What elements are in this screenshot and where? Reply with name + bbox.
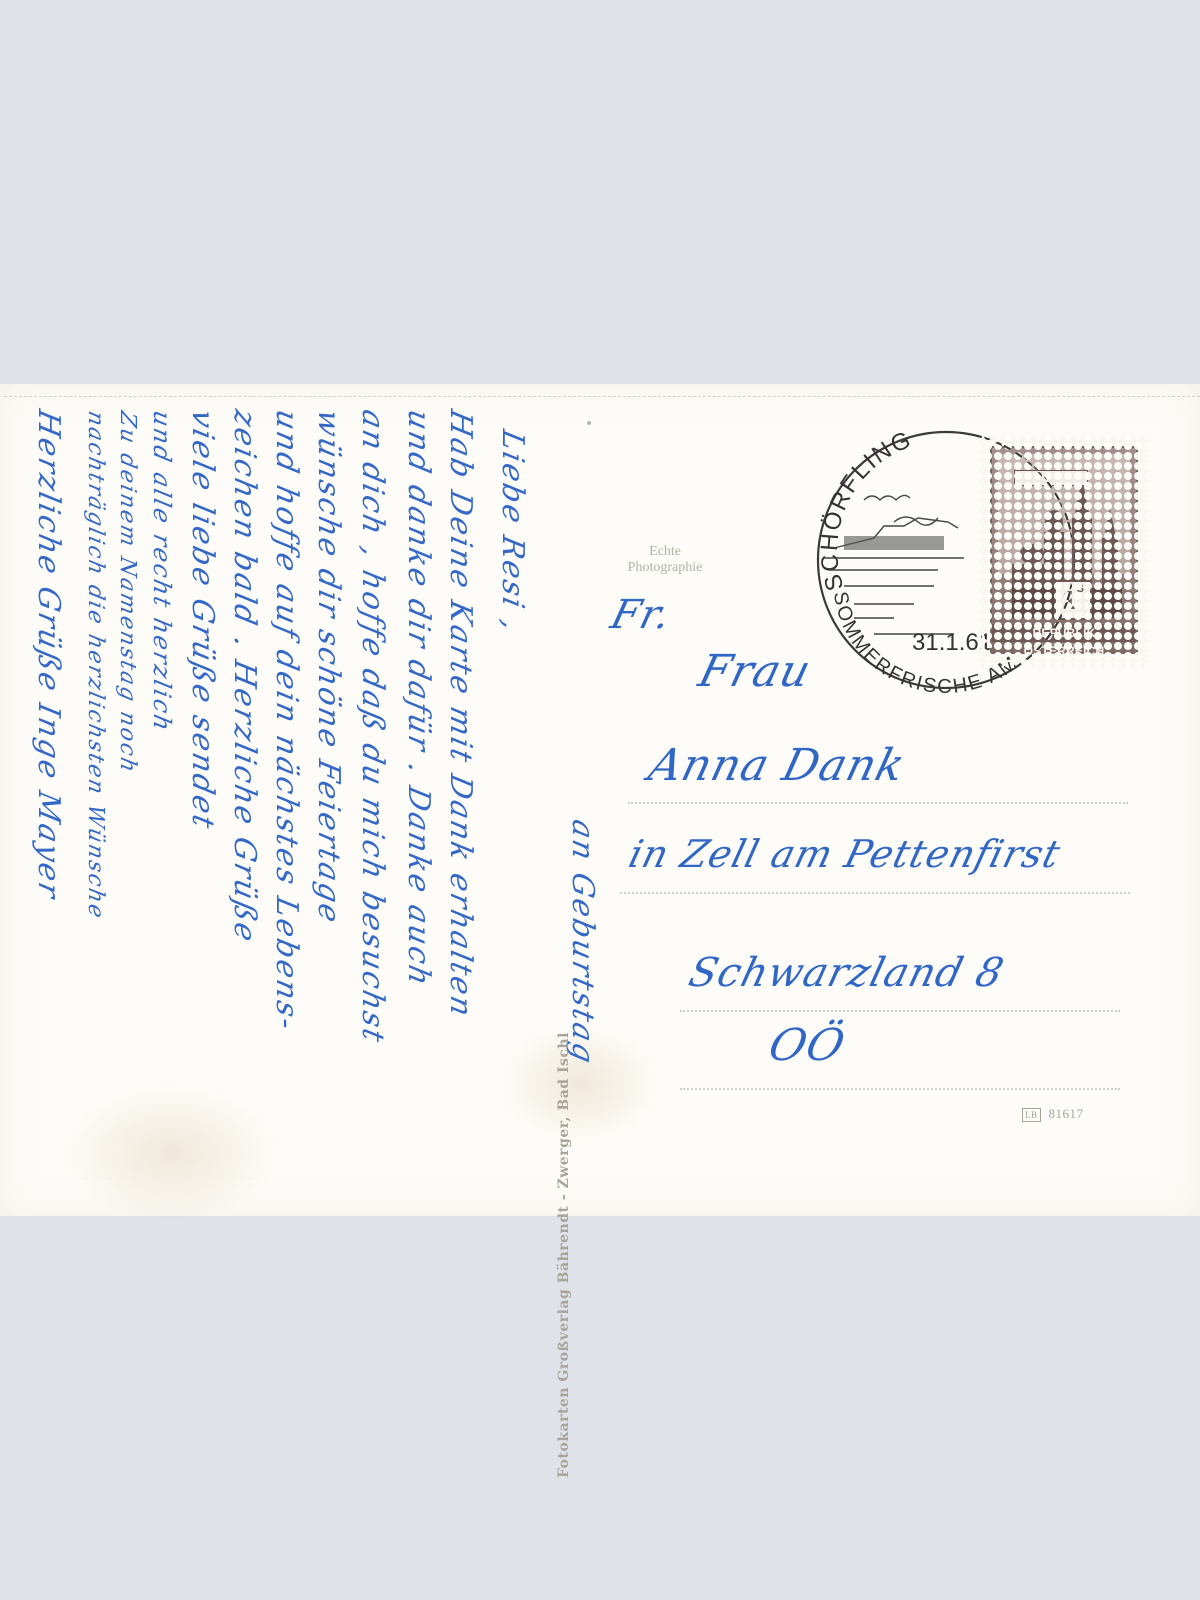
message-line: wünsche dir schöne Feiertage — [311, 407, 346, 928]
card-number: LB81617 — [1022, 1106, 1084, 1122]
publisher-logo-icon: LB — [1022, 1108, 1041, 1122]
address-recipient-name: Anna Dank — [644, 740, 911, 791]
age-stain — [60, 1084, 280, 1224]
message-line: viele liebe Grüße sendet — [185, 407, 220, 834]
address-line — [680, 1010, 1120, 1012]
message-line: Liebe Resi , — [495, 427, 530, 637]
photo-label-line-1: Echte — [610, 544, 720, 560]
postmark-town: SCHÖRFLING — [816, 426, 916, 594]
address-line — [620, 892, 1130, 894]
message-margin-note: an Geburtstag — [565, 817, 600, 1068]
address-house: Schwarzland 8 — [684, 950, 1009, 996]
stamp-country: REPUBLIK ÖSTERREICH — [992, 624, 1136, 642]
address-line — [628, 802, 1128, 804]
photo-label: Echte Photographie — [610, 544, 720, 576]
message-line: nachträglich die herzlichsten Wünsche — [83, 409, 108, 922]
postage-stamp: 1S REPUBLIK ÖSTERREICH H. STROHOFER — [978, 436, 1150, 668]
address-salutation: Frau — [694, 646, 817, 697]
photo-label-line-2: Photographie — [610, 560, 720, 576]
message-line: und danke dir dafür . Danke auch — [401, 407, 436, 991]
postcard: Liebe Resi , Hab Deine Karte mit Dank er… — [0, 384, 1200, 1216]
stamp-design: 1S REPUBLIK ÖSTERREICH H. STROHOFER — [990, 446, 1138, 654]
publisher-imprint: Fotokarten Großverlag Bährendt - Zwerger… — [556, 1032, 572, 1478]
svg-text:SCHÖRFLING: SCHÖRFLING — [816, 426, 916, 594]
address-region: OÖ — [764, 1020, 851, 1071]
stamp-engraver: H. STROHOFER — [992, 642, 1136, 652]
card-speck — [587, 421, 591, 425]
message-line: und alle recht herzlich — [148, 408, 176, 735]
address-prefix: Fr. — [606, 592, 676, 638]
message-line: zeichen bald . Herzliche Grüße — [227, 407, 262, 947]
message-line: Zu deinem Namenstag noch — [115, 409, 140, 777]
address-street: in Zell am Pettenfirst — [625, 832, 1066, 876]
message-line: Hab Deine Karte mit Dank erhalten — [443, 407, 478, 1022]
stamp-banner — [1014, 470, 1088, 486]
address-line — [680, 1088, 1120, 1090]
message-line: an dich , hoffe daß du mich besuchst — [355, 407, 390, 1047]
stamp-denomination: 1S — [1054, 580, 1092, 620]
message-line: und hoffe auf dein nächstes Lebens- — [269, 407, 304, 1035]
card-top-edge — [4, 396, 1200, 398]
message-line: Herzliche Grüße Inge Mayer — [31, 407, 66, 903]
